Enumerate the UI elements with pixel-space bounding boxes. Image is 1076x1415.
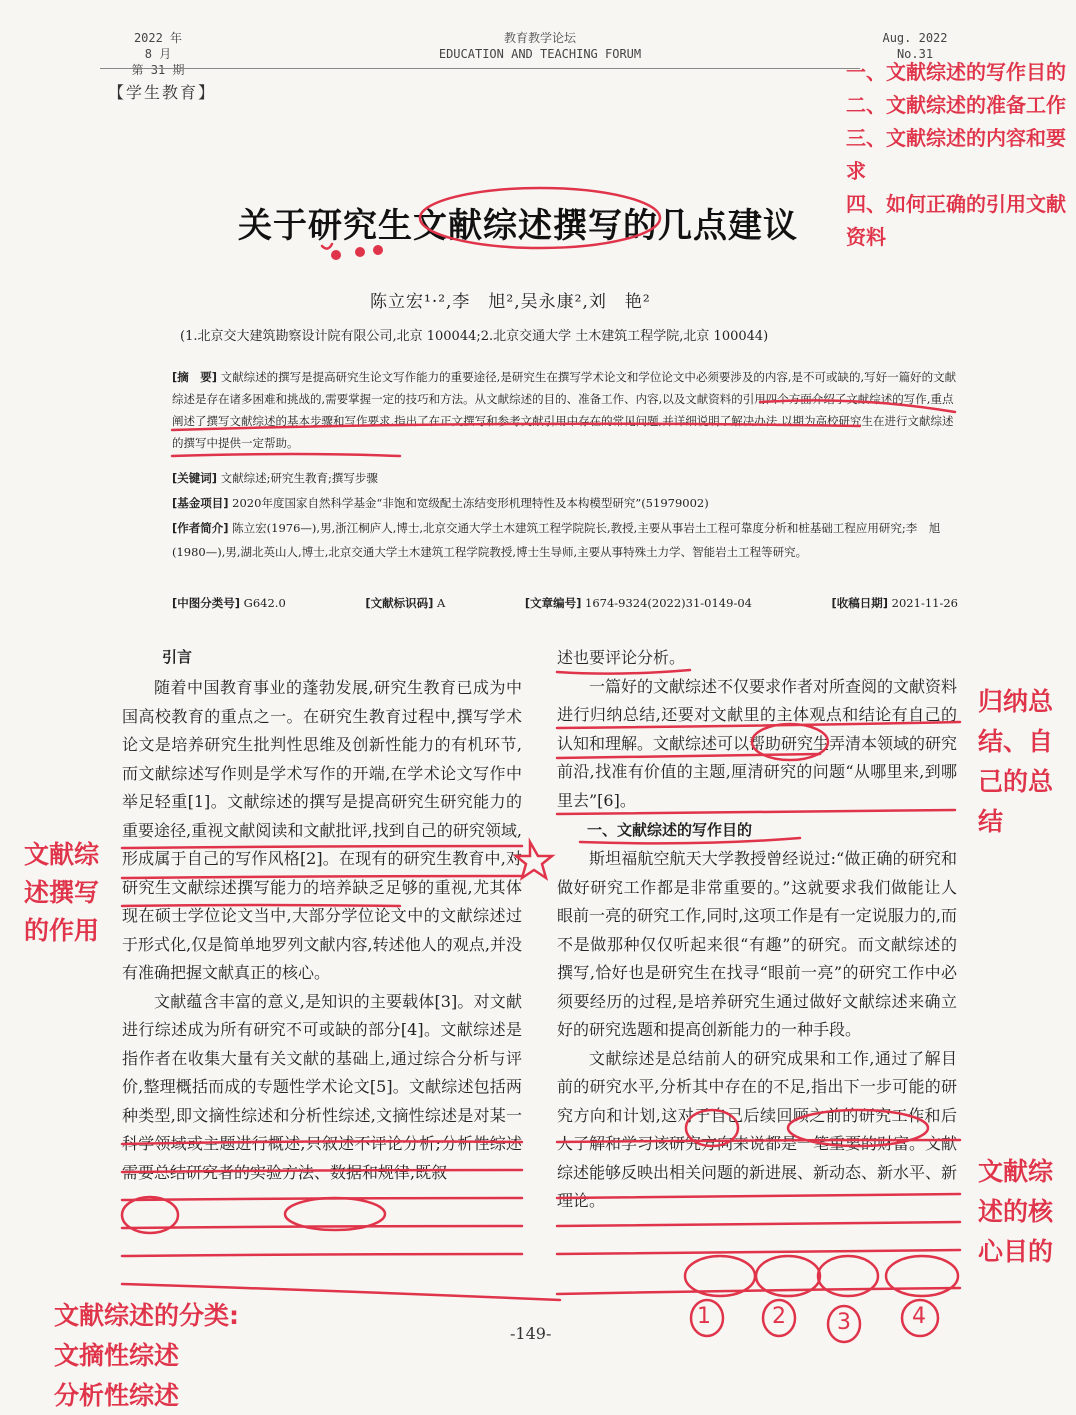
authors: 陈立宏¹·²,李 旭²,吴永康²,刘 艳² (370, 287, 651, 312)
outline-item-2: 二、文献综述的准备工作 (846, 89, 1066, 122)
abstract-label: [摘 要] (172, 370, 217, 384)
purpose-paragraph-1: 斯坦福航空航天大学教授曾经说过:“做正确的研究和做好研究工作都是非常重要的。”这… (557, 845, 957, 1045)
intro-heading: 引言 (162, 646, 192, 667)
role-note: 文献综述撰写的作用 (24, 836, 114, 950)
journal-name-cn: 教育教学论坛 (420, 30, 660, 46)
classification-clc: [中图分类号] G642.0 (172, 591, 286, 615)
classification-received: [收稿日期] 2021-11-26 (832, 591, 958, 615)
header-issue: 第 31 期 (128, 62, 188, 78)
fund: [基金项目] 2020年度国家自然科学基金“非饱和宽级配土冻结变形机理特性及本构… (172, 491, 958, 515)
circled-number-3: 3 (837, 1310, 851, 1335)
outline-item-4: 四、如何正确的引用文献资料 (846, 188, 1066, 254)
classification-article-no: [文章编号] 1674-9324(2022)31-0149-04 (525, 591, 752, 615)
outline-note: 一、文献综述的写作目的 二、文献综述的准备工作 三、文献综述的内容和要求 四、如… (846, 56, 1066, 254)
summary-paragraph: 一篇好的文献综述不仅要求作者对所查阅的文献资料进行归纳总结,还要对文献里的主体观… (557, 673, 957, 816)
page-number: -149- (510, 1324, 551, 1343)
summary-note: 归纳总结、自己的总结 (978, 682, 1072, 842)
classification-row: [中图分类号] G642.0 [文献标识码] A [文章编号] 1674-932… (172, 591, 958, 615)
classification-note-item-2: 分析性综述 (54, 1376, 239, 1415)
continued-line: 述也要评论分析。 (557, 644, 957, 673)
fund-label: [基金项目] (172, 496, 229, 510)
intro-paragraph-2: 文献蕴含丰富的意义,是知识的主要载体[3]。对文献进行综述成为所有研究不可或缺的… (122, 988, 522, 1188)
classification-note-title: 文献综述的分类: (54, 1296, 239, 1336)
classification-note-item-1: 文摘性综述 (54, 1336, 239, 1376)
circled-number-1: 1 (697, 1304, 711, 1329)
section-heading-purpose: 一、文献综述的写作目的 (557, 815, 957, 845)
abstract: [摘 要] 文献综述的撰写是提高研究生论文写作能力的重要途径,是研究生在撰写学术… (172, 366, 958, 454)
abstract-text: 文献综述的撰写是提高研究生论文写作能力的重要途径,是研究生在撰写学术论文和学位论… (172, 370, 956, 450)
keywords-label: [关键词] (172, 471, 217, 485)
journal-name: 教育教学论坛 EDUCATION AND TEACHING FORUM (420, 30, 660, 62)
title-dots (331, 245, 383, 260)
fund-text: 2020年度国家自然科学基金“非饱和宽级配土冻结变形机理特性及本构模型研究”(5… (232, 496, 709, 510)
author-bio-text: 陈立宏(1976—),男,浙江桐庐人,博士,北京交通大学土木建筑工程学院院长,教… (172, 521, 940, 559)
outline-item-1: 一、文献综述的写作目的 (846, 56, 1066, 89)
header-year-month: 2022 年 8 月 (128, 30, 188, 62)
classification-note: 文献综述的分类: 文摘性综述 分析性综述 (54, 1296, 239, 1415)
header-month-en: Aug. 2022 (880, 30, 950, 46)
header-rule (100, 68, 860, 69)
right-column-body: 述也要评论分析。 一篇好的文献综述不仅要求作者对所查阅的文献资料进行归纳总结,还… (557, 644, 957, 1216)
purpose-paragraph-2: 文献综述是总结前人的研究成果和工作,通过了解目前的研究水平,分析其中存在的不足,… (557, 1045, 957, 1216)
circled-number-2: 2 (772, 1304, 786, 1329)
intro-paragraph-1: 随着中国教育事业的蓬勃发展,研究生教育已成为中国高校教育的重点之一。在研究生教育… (122, 674, 522, 988)
affiliation: (1.北京交大建筑勘察设计院有限公司,北京 100044;2.北京交通大学 土木… (180, 325, 768, 344)
journal-name-en: EDUCATION AND TEACHING FORUM (420, 46, 660, 62)
section-tag: 【学生教育】 (108, 80, 216, 103)
outline-item-3: 三、文献综述的内容和要求 (846, 122, 1066, 188)
keywords: [关键词] 文献综述;研究生教育;撰写步骤 (172, 466, 958, 490)
classification-doc-code: [文献标识码] A (365, 591, 445, 615)
header-date: 2022 年 8 月 第 31 期 (128, 30, 188, 78)
author-bio: [作者简介] 陈立宏(1976—),男,浙江桐庐人,博士,北京交通大学土木建筑工… (172, 516, 958, 564)
core-purpose-note: 文献综述的核心目的 (978, 1152, 1072, 1272)
paper-title: 关于研究生文献综述撰写的几点建议 (238, 198, 798, 247)
keywords-text: 文献综述;研究生教育;撰写步骤 (221, 471, 378, 485)
circled-number-4: 4 (912, 1304, 926, 1329)
author-bio-label: [作者简介] (172, 521, 229, 535)
left-column-body: 随着中国教育事业的蓬勃发展,研究生教育已成为中国高校教育的重点之一。在研究生教育… (122, 674, 522, 1187)
